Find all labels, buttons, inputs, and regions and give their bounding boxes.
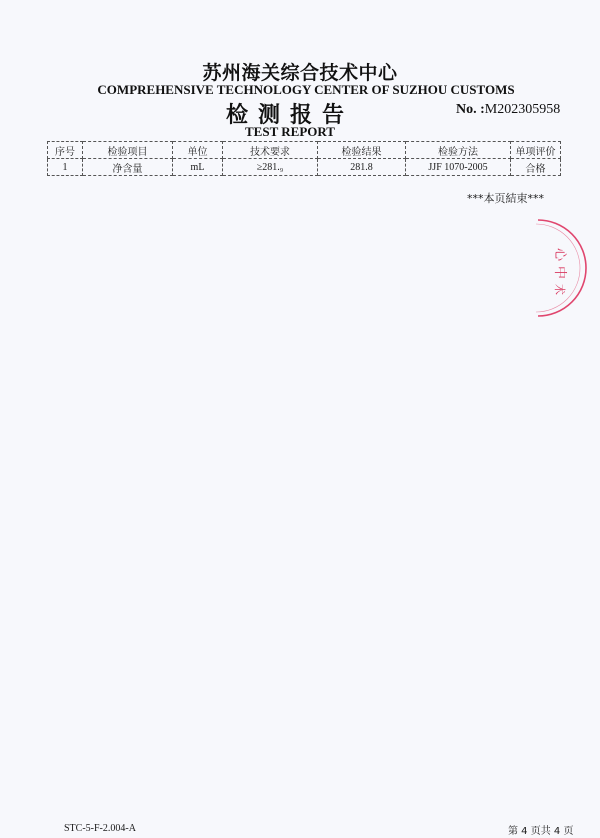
organization-name-cn: 苏州海关综合技术中心 [0,58,600,85]
cell-result: 281.8 [318,159,406,176]
svg-text:心: 心 [552,248,567,262]
svg-text:中: 中 [552,266,568,279]
end-of-page-note: ***本页結束*** [467,190,544,206]
column-header-evaluation: 单项评价 [511,142,561,159]
cell-item: 净含量 [83,159,173,176]
cell-unit: mL [173,159,223,176]
form-code: STC-5-F-2.004-A [64,823,136,834]
organization-name-en: COMPREHENSIVE TECHNOLOGY CENTER OF SUZHO… [0,82,600,98]
official-seal-icon: 心 中 术 [520,218,600,318]
column-header-unit: 单位 [173,142,223,159]
report-number: No. :M202305958 [456,102,560,118]
cell-method: JJF 1070-2005 [406,159,511,176]
page-indicator: 第 4 页共 4 页 [508,822,573,837]
report-number-label: No. : [456,102,485,117]
column-header-item: 检验项目 [83,142,173,159]
table-row: 1 净含量 mL ≥281.₉ 281.8 JJF 1070-2005 合格 [48,159,561,176]
results-table: 序号 检验项目 单位 技术要求 检验结果 检验方法 单项评价 1 净含量 mL … [47,141,561,176]
column-header-seq: 序号 [48,142,83,159]
column-header-result: 检验结果 [318,142,406,159]
column-header-method: 检验方法 [406,142,511,159]
column-header-requirement: 技术要求 [223,142,318,159]
report-number-value: M202305958 [485,102,560,117]
table-header-row: 序号 检验项目 单位 技术要求 检验结果 检验方法 单项评价 [48,142,561,159]
report-title-en: TEST REPORT [0,124,580,140]
cell-seq: 1 [48,159,83,176]
cell-requirement: ≥281.₉ [223,159,318,176]
cell-evaluation: 合格 [511,159,561,176]
svg-text:术: 术 [553,284,567,295]
